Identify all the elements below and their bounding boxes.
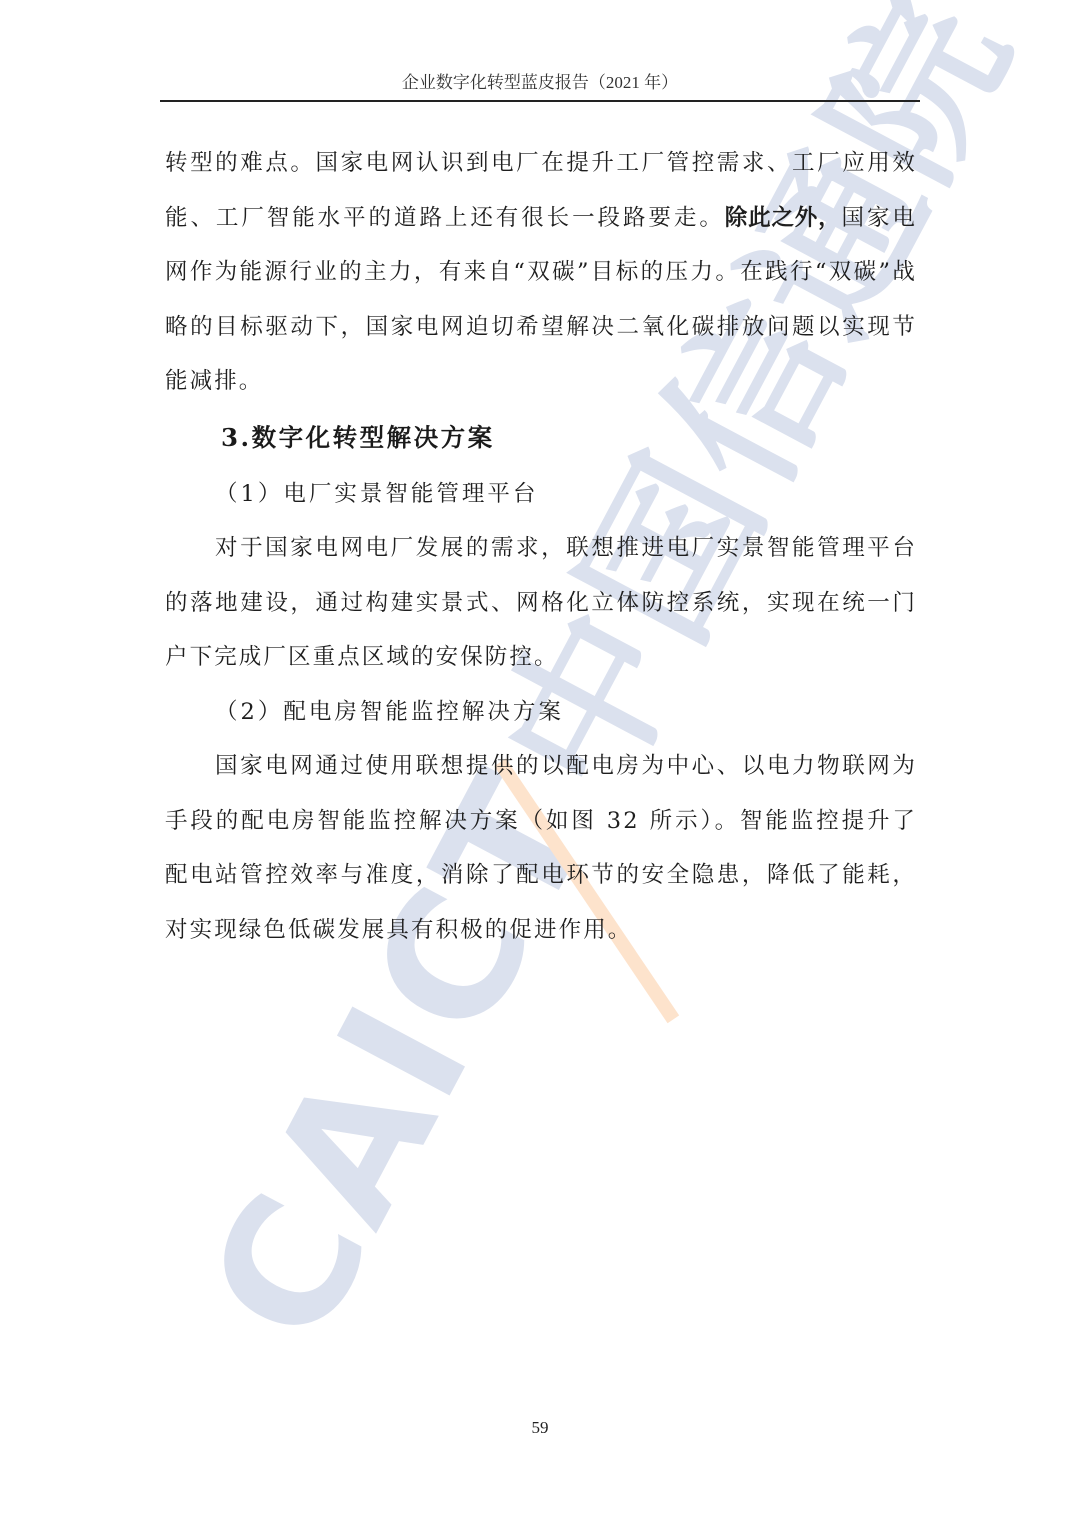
subsection-text-1: 对于国家电网电厂发展的需求，联想推进电厂实景智能管理平台的落地建设，通过构建实景… xyxy=(165,521,917,685)
subsection-title-1: （1）电厂实景智能管理平台 xyxy=(165,467,917,522)
paragraph-intro: 转型的难点。国家电网认识到电厂在提升工厂管控需求、工厂应用效能、工厂智能水平的道… xyxy=(165,136,917,409)
section-heading: 3.数字化转型解决方案 xyxy=(165,409,917,467)
header-title: 企业数字化转型蓝皮报告（2021 年） xyxy=(402,73,678,92)
paragraph-intro-text-2: 国家电网作为能源行业的主力，有来自“双碳”目标的压力。在践行“双碳”战略的目标驱… xyxy=(165,205,917,395)
subsection-text-2: 国家电网通过使用联想提供的以配电房为中心、以电力物联网为手段的配电房智能监控解决… xyxy=(165,739,917,957)
page-body: 转型的难点。国家电网认识到电厂在提升工厂管控需求、工厂应用效能、工厂智能水平的道… xyxy=(165,136,917,957)
running-header: 企业数字化转型蓝皮报告（2021 年） xyxy=(160,70,920,102)
paragraph-intro-bold: 除此之外， xyxy=(725,205,842,231)
subsection-title-2: （2）配电房智能监控解决方案 xyxy=(165,685,917,740)
page-number: 59 xyxy=(0,1418,1080,1438)
